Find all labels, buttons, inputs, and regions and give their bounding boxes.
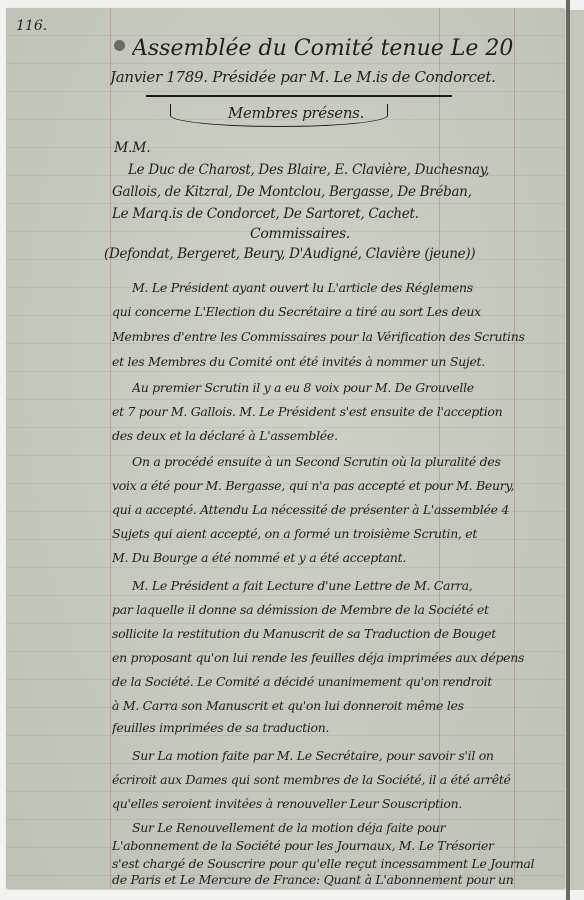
paragraph-line: qui a accepté. Attendu La nécessité de p… bbox=[112, 502, 552, 517]
members-line: Le Marq.is de Condorcet, De Sartoret, Ca… bbox=[112, 206, 552, 222]
left-margin-line bbox=[110, 8, 111, 888]
paragraph-line: voix a été pour M. Bergasse, qui n'a pas… bbox=[112, 478, 552, 493]
folio-number: 116. bbox=[16, 18, 47, 34]
paragraph-line: de Paris et Le Mercure de France: Quant … bbox=[112, 872, 552, 887]
paragraph-line: On a procédé ensuite à un Second Scrutin… bbox=[132, 454, 552, 469]
commissioners-line: (Defondat, Bergeret, Beury, D'Audigné, C… bbox=[104, 246, 554, 262]
paragraph-line: Membres d'entre les Commissaires pour la… bbox=[112, 329, 552, 344]
members-heading-brace bbox=[170, 104, 388, 127]
paragraph-line: Sur La motion faite par M. Le Secrétaire… bbox=[132, 748, 552, 763]
paragraph-line: écriroit aux Dames qui sont membres de l… bbox=[112, 772, 552, 787]
paragraph-line: de la Société. Le Comité a décidé unanim… bbox=[112, 674, 552, 689]
paragraph-line: M. Du Bourge a été nommé et y a été acce… bbox=[112, 550, 552, 565]
binding-hole bbox=[114, 40, 125, 51]
paragraph-line: s'est chargé de Souscrire pour qu'elle r… bbox=[112, 856, 552, 871]
paragraph-line: M. Le Président ayant ouvert lu L'articl… bbox=[132, 280, 552, 295]
paragraph-line: par laquelle il donne sa démission de Me… bbox=[112, 602, 552, 617]
paragraph-line: en proposant qu'on lui rende les feuille… bbox=[112, 650, 552, 665]
paragraph-line: sollicite la restitution du Manuscrit de… bbox=[112, 626, 552, 641]
heading-line-1: Assemblée du Comité tenue Le 20 bbox=[132, 36, 552, 61]
paragraph-line: M. Le Président a fait Lecture d'une Let… bbox=[132, 578, 552, 593]
paragraph-line: et les Membres du Comité ont été invités… bbox=[112, 354, 552, 369]
paragraph-line: Au premier Scrutin il y a eu 8 voix pour… bbox=[132, 380, 552, 395]
paragraph-line: feuilles imprimées de sa traduction. bbox=[112, 720, 552, 735]
paragraph-line: Sujets qui aient accepté, on a formé un … bbox=[112, 526, 552, 541]
facing-page-edge bbox=[570, 10, 584, 890]
heading-line-2: Janvier 1789. Présidée par M. Le M.is de… bbox=[110, 68, 550, 86]
members-salutation: M.M. bbox=[114, 140, 150, 156]
paragraph-line: à M. Carra son Manuscrit et qu'on lui do… bbox=[112, 698, 552, 713]
paragraph-line: L'abonnement de la Société pour les Jour… bbox=[112, 838, 552, 853]
heading-underline bbox=[146, 95, 452, 97]
paragraph-line: qui concerne L'Election du Secrétaire a … bbox=[112, 304, 552, 319]
commissioners-heading: Commissaires. bbox=[250, 226, 350, 242]
paragraph-line: qu'elles seroient invitées à renouveller… bbox=[112, 796, 552, 811]
members-line: Gallois, de Kitzral, De Montclou, Bergas… bbox=[112, 184, 558, 200]
members-line: Le Duc de Charost, Des Blaire, E. Claviè… bbox=[128, 162, 558, 178]
paragraph-line: des deux et la déclaré à L'assemblée. bbox=[112, 428, 552, 443]
paragraph-line: et 7 pour M. Gallois. M. Le Président s'… bbox=[112, 404, 552, 419]
paragraph-line: Sur Le Renouvellement de la motion déja … bbox=[132, 820, 552, 835]
